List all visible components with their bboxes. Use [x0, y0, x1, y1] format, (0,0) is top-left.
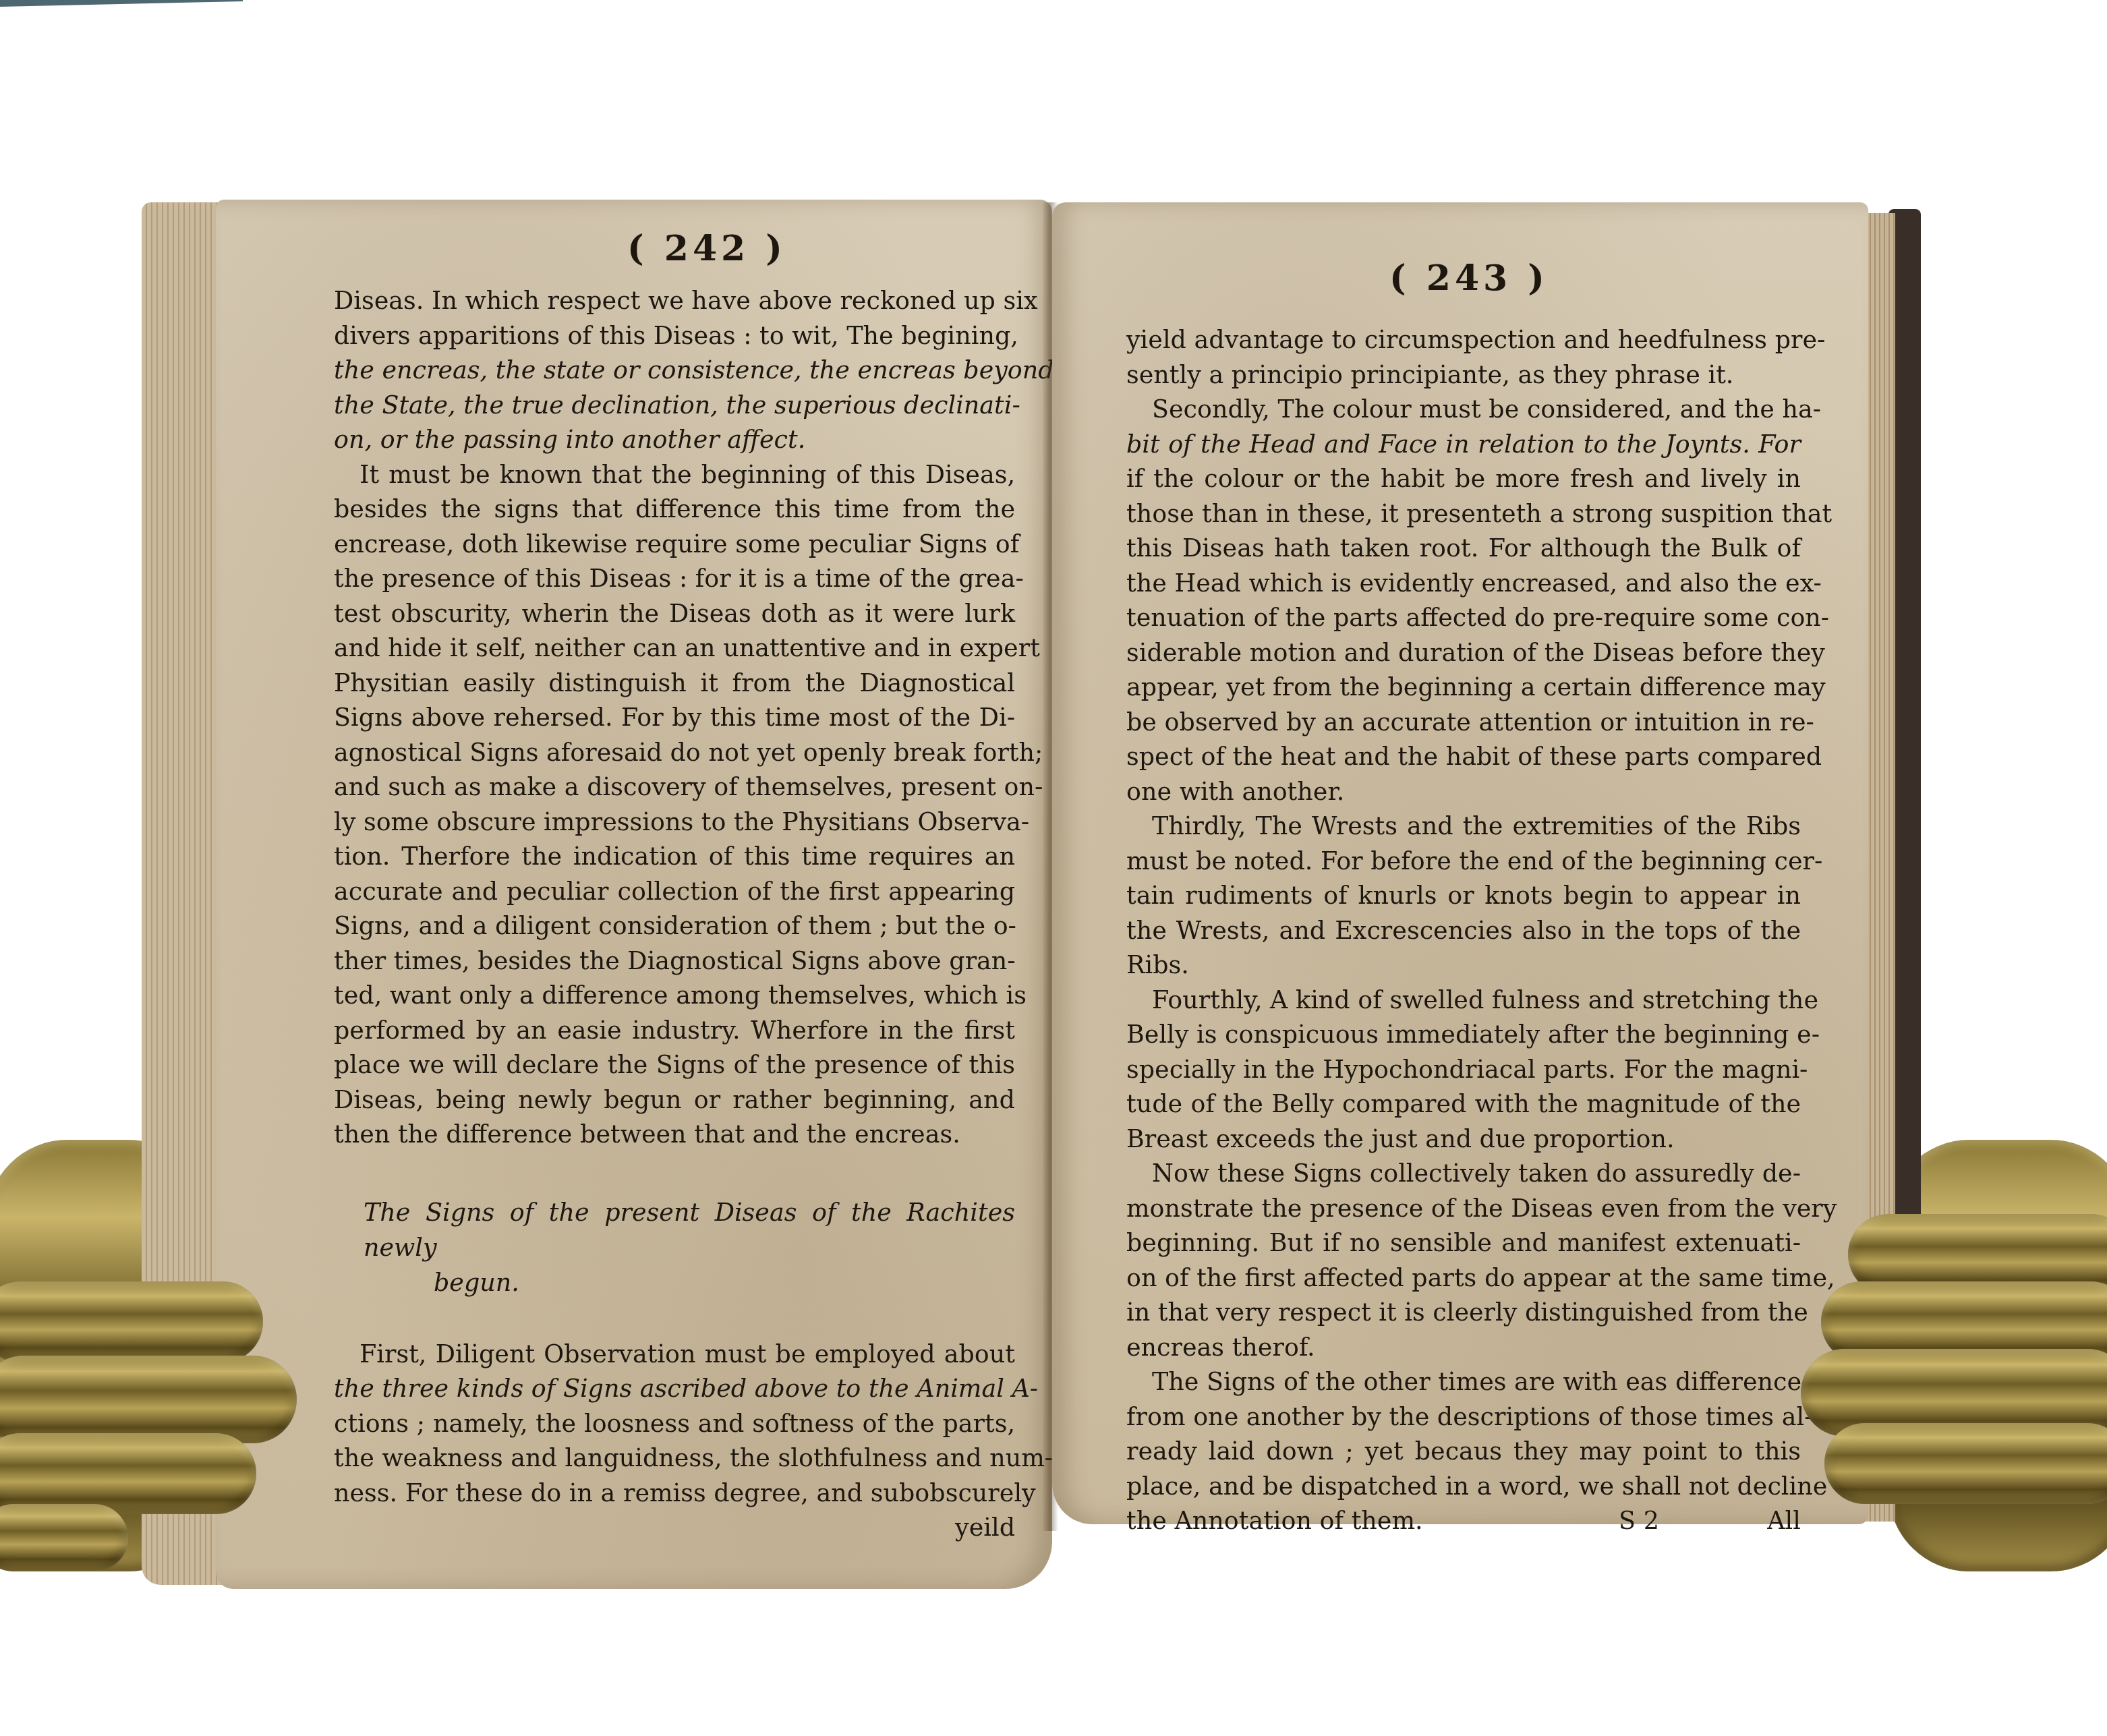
text-line: encreas therof.: [1126, 1330, 1801, 1365]
brass-finger-icon: [0, 1356, 297, 1443]
text-line: Now these Signs collectively taken do as…: [1126, 1156, 1801, 1191]
text-line: tion. Therfore the indication of this ti…: [334, 839, 1015, 874]
text-line: sently a principio principiante, as they…: [1126, 357, 1801, 393]
text-line: Secondly, The colour must be considered,…: [1126, 392, 1801, 427]
text-line: those than in these, it presenteth a str…: [1126, 496, 1801, 531]
text-line: Thirdly, The Wrests and the extremities …: [1126, 809, 1801, 844]
text-line: performed by an easie industry. Wherfore…: [334, 1013, 1015, 1048]
catchword: All: [1767, 1503, 1801, 1538]
text-line: in that very respect it is cleerly disti…: [1126, 1295, 1801, 1330]
brass-finger-icon: [1824, 1423, 2107, 1504]
text-line: Ribs.: [1126, 948, 1801, 983]
text-line: on, or the passing into another affect.: [334, 422, 1015, 457]
text-line: ly some obscure impressions to the Physi…: [334, 805, 1015, 840]
text-line: The Signs of the other times are with ea…: [1126, 1364, 1801, 1399]
text-line: ther times, besides the Diagnostical Sig…: [334, 944, 1015, 979]
text-line: Diseas, being newly begun or rather begi…: [334, 1082, 1015, 1118]
text-line: the Head which is evidently encreased, a…: [1126, 566, 1801, 601]
text-line: the Wrests, and Excrescencies also in th…: [1126, 913, 1801, 948]
text-line: tain rudiments of knurls or knots begin …: [1126, 878, 1801, 913]
text-line: on of the first affected parts do appear…: [1126, 1261, 1801, 1296]
text-line: test obscurity, wherin the Diseas doth a…: [334, 596, 1015, 631]
text-line: Diseas. In which respect we have above r…: [334, 283, 1015, 318]
text-line: the weakness and languidness, the slothf…: [334, 1441, 1015, 1476]
text-line: appear, yet from the beginning a certain…: [1126, 670, 1801, 705]
brass-finger-icon: [0, 1433, 256, 1514]
text-line: Signs, and a diligent consideration of t…: [334, 908, 1015, 944]
text-line: siderable motion and duration of the Dis…: [1126, 635, 1801, 670]
text-line: from one another by the descriptions of …: [1126, 1399, 1801, 1435]
text-line: spect of the heat and the habit of these…: [1126, 739, 1801, 774]
page-footer-row: the Annotation of them. S 2 All: [1126, 1503, 1801, 1538]
text-line: then the difference between that and the…: [334, 1117, 1015, 1152]
text-line: monstrate the presence of the Diseas eve…: [1126, 1191, 1801, 1226]
text-line: the three kinds of Signs ascribed above …: [334, 1371, 1015, 1406]
text-line: must be noted. For before the end of the…: [1126, 844, 1801, 879]
text-line: if the colour or the habit be more fresh…: [1126, 461, 1801, 496]
text-line: encrease, doth likewise require some pec…: [334, 527, 1015, 562]
section-heading-line-1: The Signs of the present Diseas of the R…: [364, 1198, 1015, 1262]
text-line: tenuation of the parts affected do pre-r…: [1126, 600, 1801, 635]
text-line: ready laid down ; yet becaus they may po…: [1126, 1434, 1801, 1469]
section-heading: The Signs of the present Diseas of the R…: [364, 1195, 1015, 1300]
text-line: divers apparitions of this Diseas : to w…: [334, 318, 1015, 353]
text-line: and such as make a discovery of themselv…: [334, 770, 1015, 805]
text-line: the Annotation of them.: [1126, 1503, 1423, 1538]
page-number-242: ( 242 ): [627, 228, 786, 269]
text-line: Breast exceeds the just and due proporti…: [1126, 1122, 1801, 1157]
text-line: and hide it self, neither can an unatten…: [334, 631, 1015, 666]
text-line: this Diseas hath taken root. For althoug…: [1126, 531, 1801, 566]
text-line: Fourthly, A kind of swelled fulness and …: [1126, 983, 1801, 1018]
left-page-text: Diseas. In which respect we have above r…: [334, 283, 1015, 1545]
text-line: First, Diligent Observation must be empl…: [334, 1337, 1015, 1372]
right-page: ( 243 ) yield advantage to circumspectio…: [1052, 202, 1868, 1524]
text-line: place, and be dispatched in a word, we s…: [1126, 1469, 1801, 1504]
text-line: yield advantage to circumspection and he…: [1126, 322, 1801, 357]
text-line: one with another.: [1126, 774, 1801, 809]
signature-mark: S 2: [1531, 1503, 1659, 1538]
brass-finger-icon: [0, 1504, 128, 1571]
top-edge-strip: [0, 0, 243, 7]
text-line: bit of the Head and Face in relation to …: [1126, 427, 1801, 462]
text-line: the State, the true declination, the sup…: [334, 388, 1015, 423]
text-line: beginning. But if no sensible and manife…: [1126, 1225, 1801, 1261]
right-page-text: yield advantage to circumspection and he…: [1126, 322, 1801, 1538]
brass-finger-icon: [0, 1281, 263, 1362]
spacer: [334, 1300, 1015, 1337]
text-line: be observed by an accurate attention or …: [1126, 705, 1801, 740]
left-page: ( 242 ) Diseas. In which respect we have…: [216, 200, 1052, 1589]
text-line: the presence of this Diseas : for it is …: [334, 561, 1015, 596]
catchword: yeild: [334, 1510, 1015, 1545]
page-number-243: ( 243 ): [1389, 258, 1549, 299]
text-line: Signs above rehersed. For by this time m…: [334, 700, 1015, 735]
text-line: ness. For these do in a remiss degree, a…: [334, 1476, 1015, 1511]
text-line: tude of the Belly compared with the magn…: [1126, 1087, 1801, 1122]
text-line: the encreas, the state or consistence, t…: [334, 353, 1015, 388]
text-line: place we will declare the Signs of the p…: [334, 1047, 1015, 1082]
text-line: besides the signs that difference this t…: [334, 492, 1015, 527]
text-line: Physitian easily distinguish it from the…: [334, 666, 1015, 701]
section-heading-line-2: begun.: [364, 1265, 1015, 1300]
text-line: agnostical Signs aforesaid do not yet op…: [334, 735, 1015, 770]
text-line: specially in the Hypochondriacal parts. …: [1126, 1052, 1801, 1087]
text-line: ctions ; namely, the loosness and softne…: [334, 1406, 1015, 1441]
text-line: It must be known that the beginning of t…: [334, 457, 1015, 492]
text-line: accurate and peculiar collection of the …: [334, 874, 1015, 909]
text-line: Belly is conspicuous immediately after t…: [1126, 1017, 1801, 1052]
text-line: ted, want only a difference among themse…: [334, 978, 1015, 1013]
